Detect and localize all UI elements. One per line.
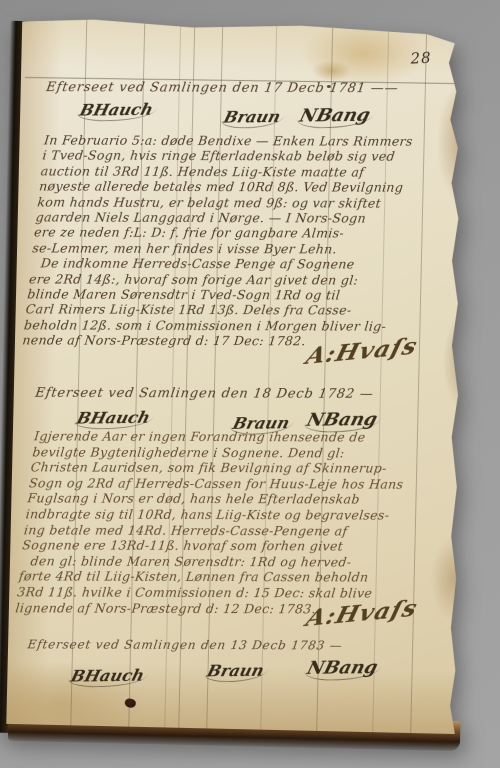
ruled-line-vertical bbox=[128, 21, 145, 727]
handwritten-line: ere ze neden f:L: D: f. frie for gangbar… bbox=[33, 225, 455, 242]
witness-signature-bang: NBang bbox=[302, 657, 384, 681]
handwritten-line: ing betale med 14Rd. Herreds-Casse-Penge… bbox=[23, 522, 449, 539]
handwritten-line: førte 4Rd til Liig-Kisten, Lønnen fra Ca… bbox=[18, 569, 444, 586]
handwritten-line: den gl: blinde Maren Sørensdtr: 1Rd og h… bbox=[20, 553, 446, 570]
witness-signature-hauch: BHauch bbox=[66, 666, 150, 688]
handwritten-line: Christen Lauridsen, som fik Bevilgning a… bbox=[30, 460, 456, 477]
manuscript-page: 28 Efterseet ved Samlingen den 17 Decb 1… bbox=[6, 18, 472, 734]
handwritten-line: blinde Maren Sørensdtr i Tved-Sogn 1Rd o… bbox=[27, 286, 449, 303]
witness-signature-braun: Braun bbox=[203, 661, 271, 683]
handwritten-line: auction til 3Rd 11ß. Hendes Liig-Kiste m… bbox=[40, 163, 462, 180]
ruled-line-vertical bbox=[164, 22, 181, 728]
ruled-line-vertical bbox=[260, 24, 277, 730]
handwritten-line: gaarden Niels Langgaard i Nørge. — I Nor… bbox=[35, 209, 457, 226]
manuscript-book-photo: 28 Efterseet ved Samlingen den 17 Decb 1… bbox=[0, 17, 480, 757]
ink-blot bbox=[124, 697, 137, 709]
handwritten-line: ere 2Rd 14ß:, hvoraf som forige Aar give… bbox=[28, 271, 450, 288]
handwritten-line: beholdn 12ß. som i Commissionen i Morgen… bbox=[23, 317, 445, 334]
entry-1783-header: Efterseet ved Samlingen den 13 Decb 1783… bbox=[27, 637, 344, 652]
ink-dot bbox=[327, 85, 331, 88]
handwritten-line: kom hands Hustru, er belagt med 9ß: og v… bbox=[37, 194, 459, 211]
witness-signature-bang: NBang bbox=[295, 105, 377, 129]
handwritten-line: se-Lemmer, men her findes i visse Byer L… bbox=[32, 240, 454, 257]
entry-1781-body: In Februario 5:a: døde Bendixe — Enken L… bbox=[22, 132, 465, 349]
handwritten-line: Igjerende Aar er ingen Forandring ihense… bbox=[33, 428, 459, 445]
photo-background: { "page_number": "28", "paper_color": "#… bbox=[0, 0, 500, 768]
handwritten-line: Fuglsang i Nors er død, hans hele Efterl… bbox=[27, 491, 453, 508]
ruled-line-vertical bbox=[70, 19, 87, 725]
entry-1782-body: Igjerende Aar er ingen Forandring ihense… bbox=[15, 428, 459, 617]
handwritten-line: Carl Rimers Liig-Kiste 1Rd 13ß. Deles fr… bbox=[25, 302, 447, 319]
handwritten-line: De indkomne Herreds-Casse Penge af Sogne… bbox=[30, 256, 452, 273]
handwritten-line: bevilgte Bygtenlighederne i Sognene. Den… bbox=[32, 444, 458, 461]
handwritten-line: i Tved-Sogn, hvis ringe Efterladenskab b… bbox=[42, 148, 464, 165]
handwritten-line: Sognene ere 13Rd-11ß. hvoraf som forhen … bbox=[22, 537, 448, 554]
witness-signature-braun: Braun bbox=[219, 107, 287, 129]
handwritten-line: indbragte sig til 10Rd, hans Liig-Kiste … bbox=[25, 506, 451, 523]
handwritten-line: In Februario 5:a: døde Bendixe — Enken L… bbox=[43, 132, 465, 149]
entry-1782-header: Efterseet ved Samlingen den 18 Decb 1782… bbox=[34, 386, 374, 402]
witness-signature-hauch: BHauch bbox=[75, 100, 159, 122]
ruled-line-vertical bbox=[178, 22, 195, 728]
entry-1781-header: Efterseet ved Samlingen den 17 Decb 1781… bbox=[45, 80, 399, 96]
handwritten-line: nøyeste allerede betales med 10Rd 8ß. Ve… bbox=[38, 179, 460, 196]
ruled-line-vertical bbox=[206, 23, 223, 729]
witness-signature-hauch: BHauch bbox=[72, 408, 156, 430]
page-number: 28 bbox=[410, 49, 432, 68]
ruled-line-vertical bbox=[372, 26, 389, 732]
handwritten-line: Sogn og 2Rd af Herreds-Cassen for Huus-L… bbox=[28, 475, 454, 492]
